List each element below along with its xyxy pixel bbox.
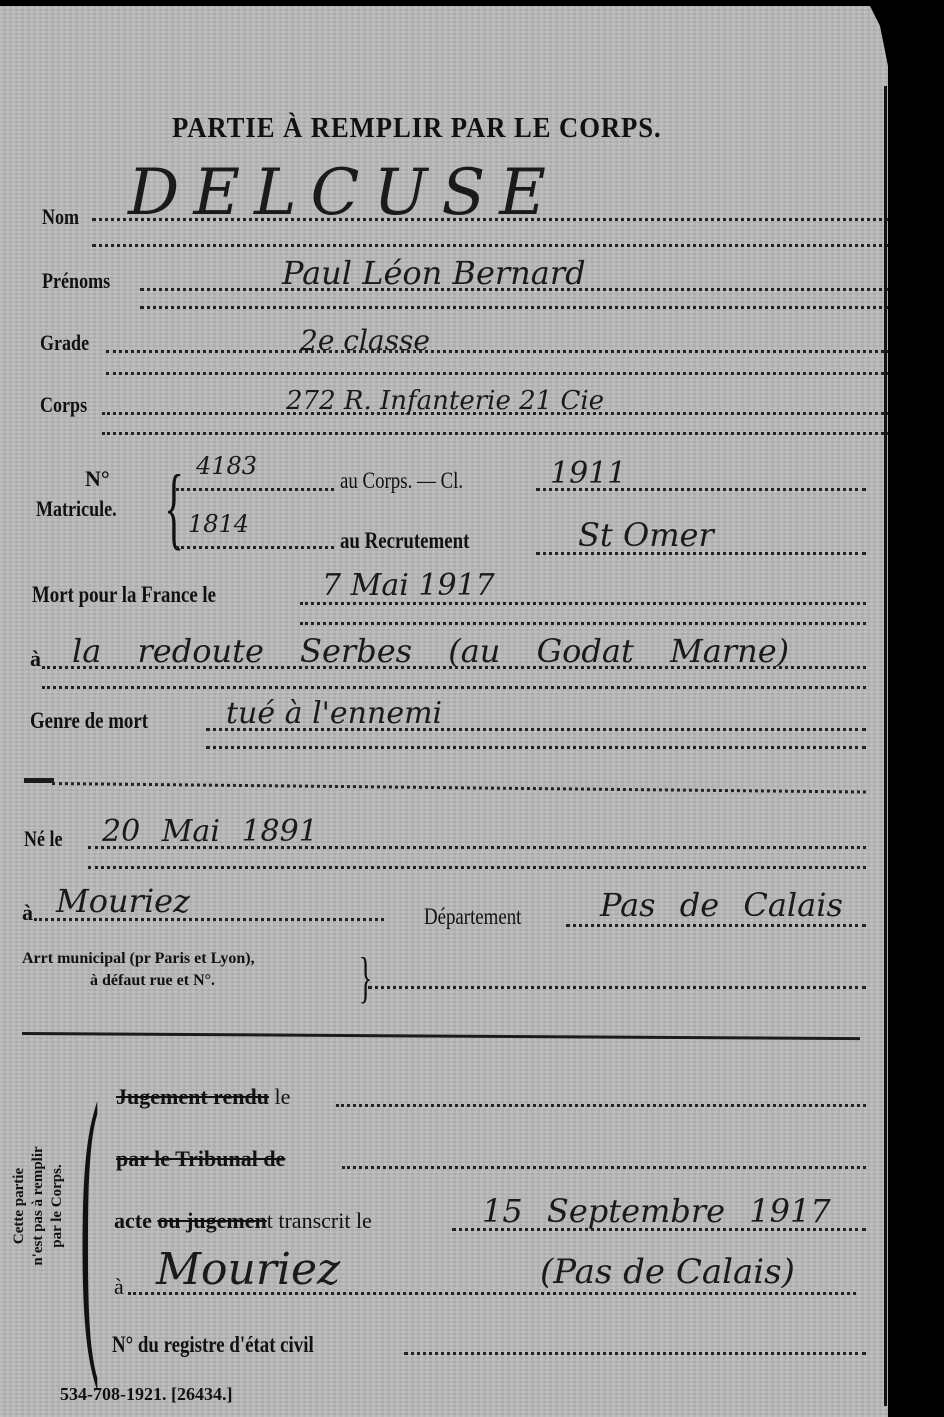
nom-line-2 [92,244,890,247]
page-edge [884,86,887,1406]
transcrit-a-value: Mouriez [156,1244,340,1295]
section-rule-start [24,778,54,783]
jugement-struck: Jugement rendu [116,1084,269,1109]
grade-line-2 [106,372,890,375]
jugement-le: le [275,1084,291,1109]
registre-label: N° du registre d'état civil [112,1332,314,1358]
form-title: PARTIE À REMPLIR PAR LE CORPS. [172,112,662,145]
departement-line [566,924,866,927]
departement-label: Département [424,904,521,930]
record-card: PARTIE À REMPLIR PAR LE CORPS. Nom DELCU… [0,6,888,1417]
corps-label: Corps [40,392,87,418]
section-divider [52,782,866,794]
footer-code: 534-708-1921. [26434.] [60,1384,232,1405]
mort-label: Mort pour la France le [32,582,216,608]
prenoms-label: Prénoms [42,268,110,294]
genre-mort-line-2 [206,746,866,749]
lieu-mort-line-2 [42,686,866,689]
departement-value: Pas de Calais [600,886,843,924]
side-note-line-3: par le Corps. [48,1106,67,1306]
prenoms-value: Paul Léon Bernard [282,254,586,292]
nom-label: Nom [42,204,79,230]
jugement-line [336,1104,866,1107]
recrutement-number-value: 1814 [188,510,249,538]
tribunal-line [342,1166,866,1169]
lieu-mort-label: à [30,646,41,672]
mort-line-2 [300,622,866,625]
side-note: Cette partie n'est pas à remplir par le … [10,1106,67,1306]
corps-line-2 [102,432,890,435]
side-note-line-1: Cette partie [10,1106,29,1306]
matricule-label-1: N° [85,466,110,492]
side-note-brace: ( [80,1066,99,1366]
grade-label: Grade [40,330,89,356]
side-note-line-2: n'est pas à remplir [29,1106,48,1306]
nom-value: DELCUSE [128,156,560,230]
corps-value: 272 R. Infanterie 21 Cie [286,386,604,416]
matricule-brace: { [164,454,184,560]
mort-value: 7 Mai 1917 [322,568,495,603]
prenoms-line-2 [140,306,890,309]
grade-line [106,350,890,353]
tribunal-label: par le Tribunal de [116,1146,285,1172]
transcrit-a-note: (Pas de Calais) [540,1252,795,1292]
ne-le-label: Né le [24,826,63,852]
ne-a-value: Mouriez [56,882,190,920]
jugement-label: Jugement rendu le [116,1084,290,1110]
arrondissement-label-1: Arrt municipal (pr Paris et Lyon), [22,950,255,968]
transcrit-label: acte ou jugement transcrit le [114,1208,372,1234]
registre-line [404,1352,866,1355]
recrutement-label: au Recrutement [340,528,469,554]
ne-le-line-2 [88,866,866,869]
section-rule [22,1032,860,1040]
corps-number-line [176,488,334,491]
genre-mort-value: tué à l'ennemi [226,696,442,731]
corps-number-value: 4183 [196,452,257,480]
grade-value: 2e classe [300,324,430,357]
lieu-mort-value: la redoute Serbes (au Godat Marne) [72,632,789,670]
matricule-label-2: Matricule. [36,496,117,522]
arrondissement-label-2: à défaut rue et N°. [90,972,215,990]
arrondissement-brace: } [359,946,372,1010]
transcrit-a-label: à [114,1274,124,1300]
ne-le-value: 20 Mai 1891 [102,814,318,849]
corps-number-label: au Corps. — Cl. [340,468,463,494]
classe-value: 1911 [550,456,626,491]
transcrit-value: 15 Septembre 1917 [482,1192,831,1230]
ne-a-label: à [22,900,33,926]
recrutement-value: St Omer [578,516,714,554]
recrutement-number-line [176,546,334,549]
genre-mort-label: Genre de mort [30,708,148,734]
arrondissement-line [368,986,866,989]
